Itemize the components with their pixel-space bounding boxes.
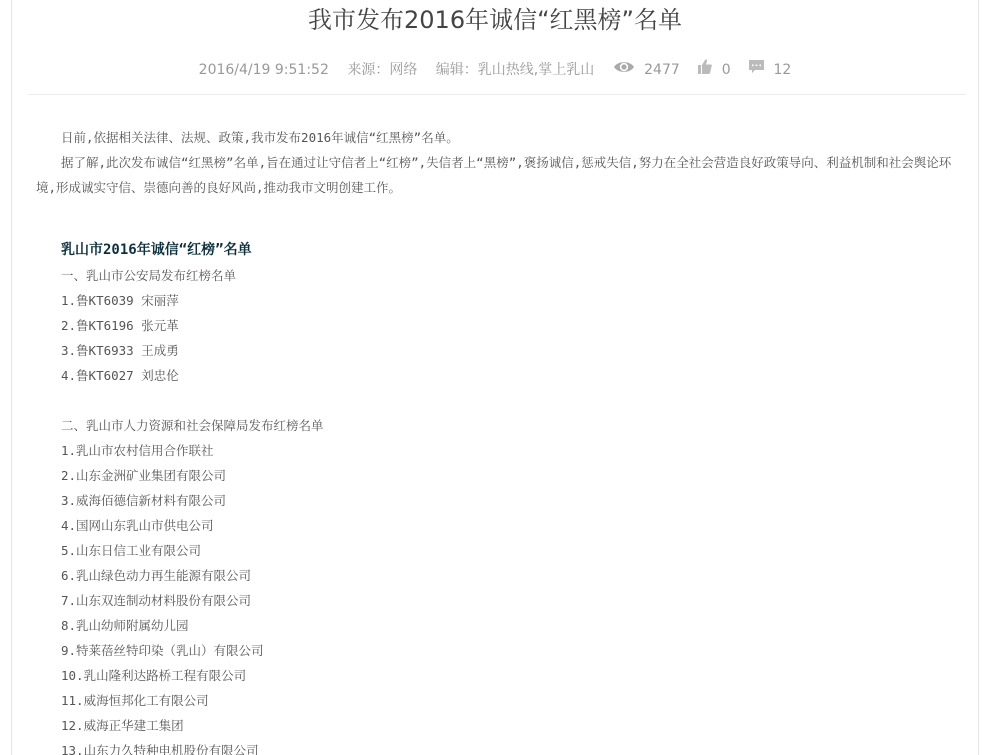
list-item: 1.乳山市农村信用合作联社 (61, 438, 956, 463)
list-item: 10.乳山隆利达路桥工程有限公司 (61, 663, 956, 688)
list-item: 1.鲁KT6039 宋丽萍 (61, 288, 956, 313)
thumbs-up-icon[interactable] (698, 59, 712, 80)
editor-label: 编辑：乳山热线,掌上乳山 (436, 60, 594, 80)
publish-datetime: 2016/4/19 9:51:52 (199, 60, 329, 80)
eye-icon (613, 60, 635, 80)
article-title: 我市发布2016年诚信“红黑榜”名单 (12, 4, 978, 36)
article-body: 日前,依据相关法律、法规、政策,我市发布2016年诚信“红黑榜”名单。 据了解,… (36, 125, 956, 755)
list-item: 13.山东力久特种电机股份有限公司 (61, 738, 956, 755)
list-item: 8.乳山幼师附属幼儿园 (61, 613, 956, 638)
article-meta: 2016/4/19 9:51:52 来源：网络 编辑：乳山热线,掌上乳山 247… (12, 59, 978, 80)
like-count: 0 (722, 60, 731, 80)
list-item: 11.威海恒邦化工有限公司 (61, 688, 956, 713)
list-item: 4.鲁KT6027 刘忠伦 (61, 363, 956, 388)
list-item: 3.鲁KT6933 王成勇 (61, 338, 956, 363)
source-label: 来源：网络 (347, 60, 417, 80)
list-item: 12.威海正华建工集团 (61, 713, 956, 738)
article-container: 我市发布2016年诚信“红黑榜”名单 2016/4/19 9:51:52 来源：… (11, 0, 979, 755)
list-item: 7.山东双连制动材料股份有限公司 (61, 588, 956, 613)
intro-paragraph: 日前,依据相关法律、法规、政策,我市发布2016年诚信“红黑榜”名单。 (36, 125, 956, 150)
section-title-police: 一、乳山市公安局发布红榜名单 (61, 263, 956, 288)
view-count: 2477 (644, 60, 680, 80)
list-item: 3.威海佰德信新材料有限公司 (61, 488, 956, 513)
list-item: 6.乳山绿色动力再生能源有限公司 (61, 563, 956, 588)
comment-icon[interactable] (749, 60, 764, 80)
list-item: 2.山东金洲矿业集团有限公司 (61, 463, 956, 488)
section-title-hr: 二、乳山市人力资源和社会保障局发布红榜名单 (61, 413, 956, 438)
comment-count: 12 (774, 60, 792, 80)
intro-paragraph: 据了解,此次发布诚信“红黑榜”名单,旨在通过让守信者上“红榜”,失信者上“黑榜”… (36, 150, 956, 200)
list-item: 5.山东日信工业有限公司 (61, 538, 956, 563)
list-item: 4.国网山东乳山市供电公司 (61, 513, 956, 538)
list-item: 9.特莱蓓丝特印染（乳山）有限公司 (61, 638, 956, 663)
header-divider (28, 94, 966, 95)
red-list-heading: 乳山市2016年诚信“红榜”名单 (61, 238, 956, 263)
list-item: 2.鲁KT6196 张元革 (61, 313, 956, 338)
section-spacer (61, 388, 956, 413)
